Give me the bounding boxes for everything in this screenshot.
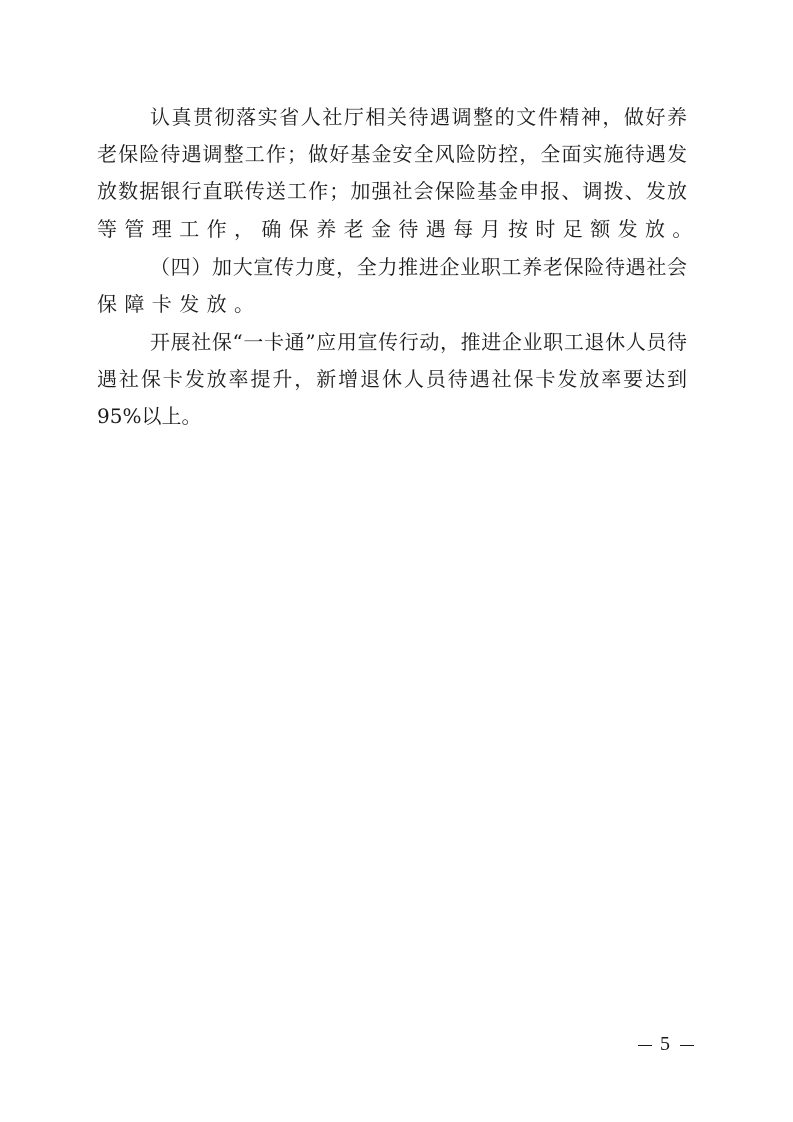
page-number: 5 <box>660 1033 672 1055</box>
paragraph-3-line-3: 95%以上。 <box>97 398 687 435</box>
section-heading-4-line-2: 保障卡发放。 <box>97 286 687 323</box>
left-dash <box>638 1045 652 1046</box>
section-heading-4-line-1: （四）加大宣传力度，全力推进企业职工养老保险待遇社会 <box>150 249 687 286</box>
right-dash <box>680 1045 694 1046</box>
paragraph-3-line-2: 遇社保卡发放率提升，新增退休人员待遇社保卡发放率要达到 <box>97 361 687 398</box>
page-number-footer: 5 <box>630 1031 702 1057</box>
document-page: 认真贯彻落实省人社厅相关待遇调整的文件精神，做好养 老保险待遇调整工作；做好基金… <box>0 0 793 1122</box>
paragraph-1-line-1: 认真贯彻落实省人社厅相关待遇调整的文件精神，做好养 <box>150 99 687 136</box>
paragraph-1-line-3: 放数据银行直联传送工作；加强社会保险基金申报、调拨、发放 <box>97 173 687 210</box>
paragraph-3-line-1: 开展社保“一卡通”应用宣传行动，推进企业职工退休人员待 <box>150 324 687 361</box>
paragraph-1-line-4: 等管理工作，确保养老金待遇每月按时足额发放。 <box>97 211 687 248</box>
paragraph-1-line-2: 老保险待遇调整工作；做好基金安全风险防控，全面实施待遇发 <box>97 136 687 173</box>
